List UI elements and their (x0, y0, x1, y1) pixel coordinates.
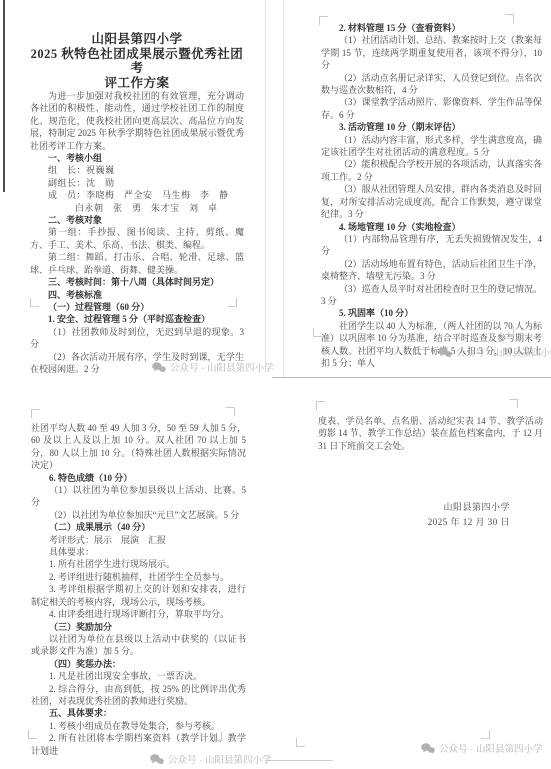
watermark-label: 公众号 · 山阳县第四小学 (170, 360, 273, 374)
doc-line: 白永朝 张 勇 朱才宝 刘 卓 (30, 202, 244, 214)
watermark-page-2: 公众号 · 山阳县第四小学 (438, 345, 551, 359)
corner-mark (228, 298, 237, 307)
corner-mark (505, 326, 514, 335)
doc-line: 成 员：李晓梅 严全安 马生梅 李 静 (30, 189, 244, 201)
corner-mark (296, 738, 305, 747)
page1-right-edge-line (265, 0, 266, 372)
document-page-3-image[interactable]: 社团平均人数 40 至 49 人加 3 分，50 至 59 人加 5 分，60 … (4, 380, 267, 769)
doc-line: 4. 由评委组进行现场评断打分，算取平均分。 (31, 608, 246, 620)
doc-line: 1. 考核小组成员在教导处集合，参与考核。 (31, 720, 246, 732)
corner-mark (313, 328, 322, 337)
doc-line: （3）服从社团管理人员安排，群内各类消息及时回复，对所安排活动完成度高，配合工作… (321, 183, 542, 220)
watermark-label: 公众号 · 山阳县第四小学 (456, 345, 551, 359)
watermark-page-1: 公众号 · 山阳县第四小学 (152, 360, 273, 374)
doc-line: （1）社团活动计划、总结、教案按时上交（教案每学期 15 节，连续两学期重复使用… (321, 34, 542, 71)
doc-line: （一）过程管理（60 分） (30, 301, 244, 313)
doc-line: （2）活动场地布置有特色，活动后社团卫生干净，桌椅整齐、墙壁无污染。3 分 (321, 258, 542, 283)
document-page-1-image[interactable]: 山阳县第四小学2025 秋特色社团成果展示暨优秀社团考评工作方案为进一步加强对我… (4, 0, 266, 376)
document-page-4-image[interactable]: 度表、学员名单、点名册、活动纪实表 14 节、教学活动剪影 14 节、教学工作总… (270, 378, 551, 760)
article-image-region: 山阳县第四小学2025 秋特色社团成果展示暨优秀社团考评工作方案为进一步加强对我… (0, 0, 551, 769)
doc-line (318, 452, 543, 500)
doc-line: 山阳县第四小学 (318, 500, 543, 515)
doc-line: 以社团为单位在县级以上活动中获奖的（以证书或录影文件为准）加 5 分。 (31, 633, 246, 658)
doc-line: 2. 材料管理 15 分（查看资料） (321, 22, 542, 34)
doc-line: 5. 巩固率（10 分） (321, 307, 542, 319)
document-page-2-image[interactable]: 2. 材料管理 15 分（查看资料）（1）社团活动计划、总结、教案按时上交（教案… (283, 0, 551, 377)
doc-line: 4. 场地管理 10 分（实地检查） (321, 221, 542, 233)
doc-line: （四）奖惩办法： (31, 658, 246, 670)
doc-line: 具体要求： (31, 546, 246, 558)
doc-line: （1）活动内容丰富，形式多样，学生满意度高，确定该社团学生对社团活动的满意程度。… (321, 134, 542, 159)
doc-line: （2）能积极配合学校开展的各项活动，认真落实各项工作。2 分 (321, 158, 542, 183)
doc-line: 四、考核标准 (30, 289, 244, 301)
doc-line: 副组长：沈 勋 (30, 177, 244, 189)
doc-line: 山阳县第四小学 (30, 32, 244, 47)
page4-bottom-edge-line (267, 760, 333, 761)
corner-mark (30, 298, 39, 307)
doc-line: （3）巡查人员平时对社团检查时卫生的登记情况。3 分 (321, 283, 542, 308)
doc-line: 一、考核小组 (30, 152, 244, 164)
corner-mark (28, 730, 37, 739)
doc-line: 1. 凡是社团出现安全事故，一票否决。 (31, 670, 246, 682)
doc-line: 2025 年 12 月 30 日 (318, 515, 543, 530)
wechat-bubbles-icon (152, 362, 166, 373)
wechat-bubbles-icon (421, 743, 435, 754)
doc-line: 三、考核时间：第十八周（具体时间另定） (30, 276, 244, 288)
doc-line: （3）课堂教学活动照片、影像资料、学生作品等保存。6 分 (321, 96, 542, 121)
left-screen-edge-line (3, 0, 5, 192)
doc-line: 1. 所有社团学生进行现场展示。 (31, 558, 246, 570)
doc-line: 第二组：舞蹈、打击乐、合唱、轮滑、足球、篮球、乒乓球、跆拳道、街舞、健美操。 (30, 251, 244, 276)
corner-mark (226, 407, 235, 416)
doc-line: 社团平均人数 40 至 49 人加 3 分，50 至 59 人加 5 分，60 … (31, 422, 246, 472)
doc-line: （2）活动点名册记录详实，人员登记到位。点名次数与巡查次数相符，4 分 (321, 72, 542, 97)
doc-line: 第一组：手抄报、图书阅读、主持、剪纸、魔方、手工、美术、乐高、书法、棋类、编程。 (30, 226, 244, 251)
doc-line: 考评形式：展示 展演 汇报 (31, 534, 246, 546)
wechat-bubbles-icon (438, 347, 452, 358)
corner-mark (481, 730, 490, 739)
doc-line: 二、考核对象 (30, 214, 244, 226)
doc-line: （三）奖励加分 (31, 621, 246, 633)
top-bottom-divider-line (272, 377, 551, 378)
watermark-label: 公众号 · 山阳县第四小学 (439, 741, 542, 755)
corner-mark (505, 14, 514, 23)
doc-line: 评工作方案 (30, 76, 244, 91)
watermark-label: 公众号 · 山阳县第四小学 (168, 752, 271, 766)
doc-line: 3. 考评组根据学期初上交的计划和安排表，进行制定相关的考核内容，现场公示，现场… (31, 583, 246, 608)
corner-mark (213, 732, 222, 741)
doc-line: 1. 安全、过程管理 5 分（平时巡查检查） (30, 313, 244, 325)
watermark-page-4: 公众号 · 山阳县第四小学 (421, 741, 542, 755)
doc-line: （1）以社团为单位参加县级以上活动、比赛。5 分 (31, 484, 246, 509)
doc-line: （2）以社团为单位参加庆“元旦”文艺展演。5 分 (31, 509, 246, 521)
doc-line: （二）成果展示（40 分） (31, 521, 246, 533)
wechat-bubbles-icon (150, 754, 164, 765)
doc-line: 2025 秋特色社团成果展示暨优秀社团考 (30, 47, 244, 76)
doc-line: 为进一步加强对我校社团的有效管理，充分调动各社团的积极性、能动性，通过学校社团工… (30, 90, 244, 152)
doc-line: （1）内部物品管理有序，无丢失损毁情况发生，4 分 (321, 233, 542, 258)
doc-line: （1）社团教师及时到位，无迟到早退的现象。3 分 (30, 326, 244, 351)
corner-mark (31, 409, 40, 418)
corner-mark (316, 401, 325, 410)
watermark-page-3: 公众号 · 山阳县第四小学 (150, 752, 271, 766)
corner-mark (509, 399, 518, 408)
corner-mark (319, 16, 328, 25)
doc-line: 组 长：祝巍巍 (30, 164, 244, 176)
doc-line: 3. 活动管理 10 分（期末评估） (321, 121, 542, 133)
doc-line: 6. 特色成绩（10 分） (31, 472, 246, 484)
doc-line: 度表、学员名单、点名册、活动纪实表 14 节、教学活动剪影 14 节、教学工作总… (318, 415, 543, 452)
doc-line: 2. 综合得分，由高到低，按 25% 的比例评出优秀社团，对表现优秀社团的教师进… (31, 683, 246, 708)
doc-line: 2. 考评组进行随机抽样，社团学生全员参与。 (31, 571, 246, 583)
doc-line: 五、具体要求： (31, 707, 246, 719)
